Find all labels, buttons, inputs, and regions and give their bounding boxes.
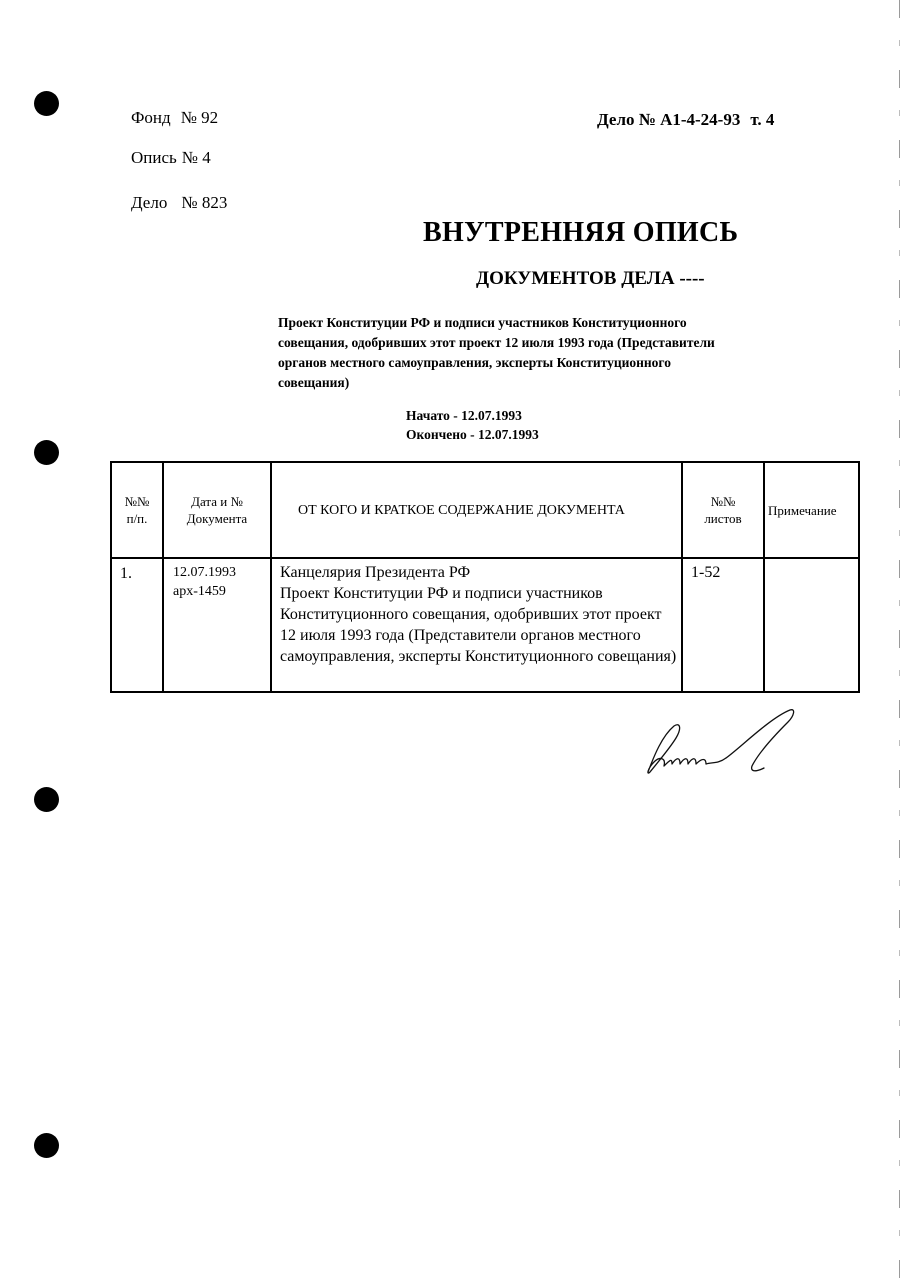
delo-number: № 823: [181, 193, 227, 212]
punch-hole: [34, 1133, 59, 1158]
table-row: 1. 12.07.1993 арх-1459 Канцелярия Презид…: [111, 558, 859, 692]
fond-number: № 92: [181, 108, 218, 127]
header-date: Дата и №Документа: [163, 462, 271, 558]
document-sender: Канцелярия Президента РФ: [280, 562, 681, 583]
document-summary: Проект Конституции РФ и подписи участник…: [280, 583, 681, 667]
cell-note: [764, 558, 859, 692]
date-range: Начато - 12.07.1993 Окончено - 12.07.199…: [406, 406, 539, 444]
document-date: 12.07.1993: [173, 563, 270, 582]
header-content: ОТ КОГО И КРАТКОЕ СОДЕРЖАНИЕ ДОКУМЕНТА: [271, 462, 682, 558]
punch-hole: [34, 787, 59, 812]
date-finished: Окончено - 12.07.1993: [406, 425, 539, 444]
cell-sheets: 1-52: [682, 558, 764, 692]
cell-number: 1.: [111, 558, 163, 692]
delo-label: Дело: [131, 193, 167, 212]
table-header-row: №№п/п. Дата и №Документа ОТ КОГО И КРАТК…: [111, 462, 859, 558]
opis-number: № 4: [182, 148, 211, 167]
header-number: №№п/п.: [111, 462, 163, 558]
case-reference-number: Дело № А1-4-24-93: [597, 110, 740, 129]
opis-line: Опись№ 4: [131, 148, 211, 168]
opis-label: Опись: [131, 148, 177, 167]
inventory-table: №№п/п. Дата и №Документа ОТ КОГО И КРАТК…: [110, 461, 860, 693]
cell-date: 12.07.1993 арх-1459: [163, 558, 271, 692]
cell-content: Канцелярия Президента РФ Проект Конститу…: [271, 558, 682, 692]
case-reference: Дело № А1-4-24-93т. 4: [597, 110, 774, 130]
punch-hole: [34, 440, 59, 465]
document-number: арх-1459: [173, 582, 270, 601]
fond-label: Фонд: [131, 108, 171, 127]
case-description: Проект Конституции РФ и подписи участник…: [278, 313, 718, 393]
page-title: ВНУТРЕННЯЯ ОПИСЬ: [423, 217, 738, 249]
volume-number: т. 4: [750, 110, 774, 129]
signature-icon: [640, 706, 810, 786]
fond-line: Фонд№ 92: [131, 108, 218, 128]
punch-hole: [34, 91, 59, 116]
delo-line: Дело№ 823: [131, 193, 227, 213]
header-note: Примечание: [764, 462, 859, 558]
page-subtitle: ДОКУМЕНТОВ ДЕЛА ----: [476, 268, 705, 290]
header-sheets: №№листов: [682, 462, 764, 558]
date-started: Начато - 12.07.1993: [406, 406, 539, 425]
